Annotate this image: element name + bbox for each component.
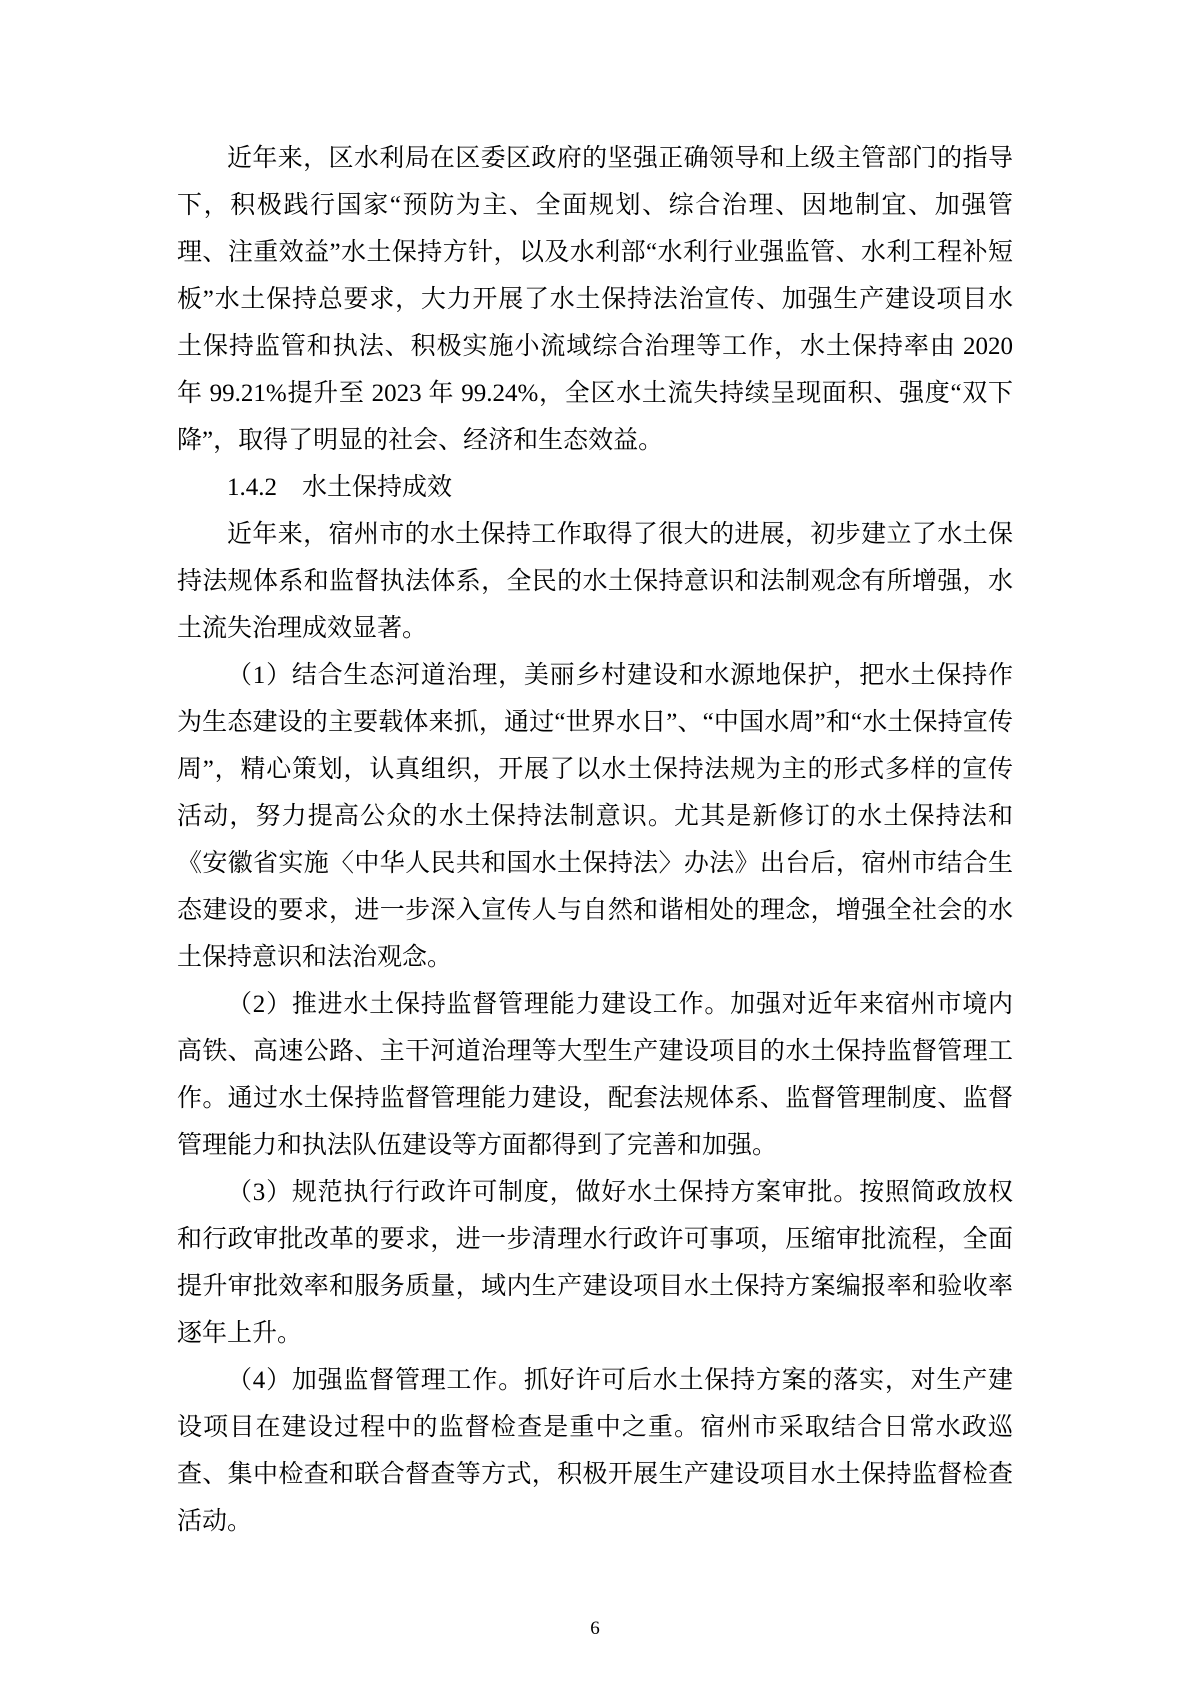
page-text-block: 近年来，区水利局在区委区政府的坚强正确领导和上级主管部门的指导下，积极践行国家“… xyxy=(177,135,1013,1545)
achievement-item-2: （2）推进水土保持监督管理能力建设工作。加强对近年来宿州市境内高铁、高速公路、主… xyxy=(177,981,1013,1169)
achievement-item-3: （3）规范执行行政许可制度，做好水土保持方案审批。按照简政放权和行政审批改革的要… xyxy=(177,1169,1013,1357)
document-page: 近年来，区水利局在区委区政府的坚强正确领导和上级主管部门的指导下，积极践行国家“… xyxy=(0,0,1190,1683)
section-number: 1.4.2 xyxy=(227,474,277,501)
overview-paragraph: 近年来，宿州市的水土保持工作取得了很大的进展，初步建立了水土保持法规体系和监督执… xyxy=(177,511,1013,652)
achievement-item-1: （1）结合生态河道治理，美丽乡村建设和水源地保护，把水土保持作为生态建设的主要载… xyxy=(177,652,1013,981)
intro-paragraph: 近年来，区水利局在区委区政府的坚强正确领导和上级主管部门的指导下，积极践行国家“… xyxy=(177,135,1013,464)
section-heading-1-4-2: 1.4.2水土保持成效 xyxy=(177,464,1013,511)
achievement-item-4: （4）加强监督管理工作。抓好许可后水土保持方案的落实，对生产建设项目在建设过程中… xyxy=(177,1357,1013,1545)
page-footer: 6 xyxy=(0,1619,1190,1639)
page-number: 6 xyxy=(590,1618,600,1639)
section-title: 水土保持成效 xyxy=(302,474,452,501)
